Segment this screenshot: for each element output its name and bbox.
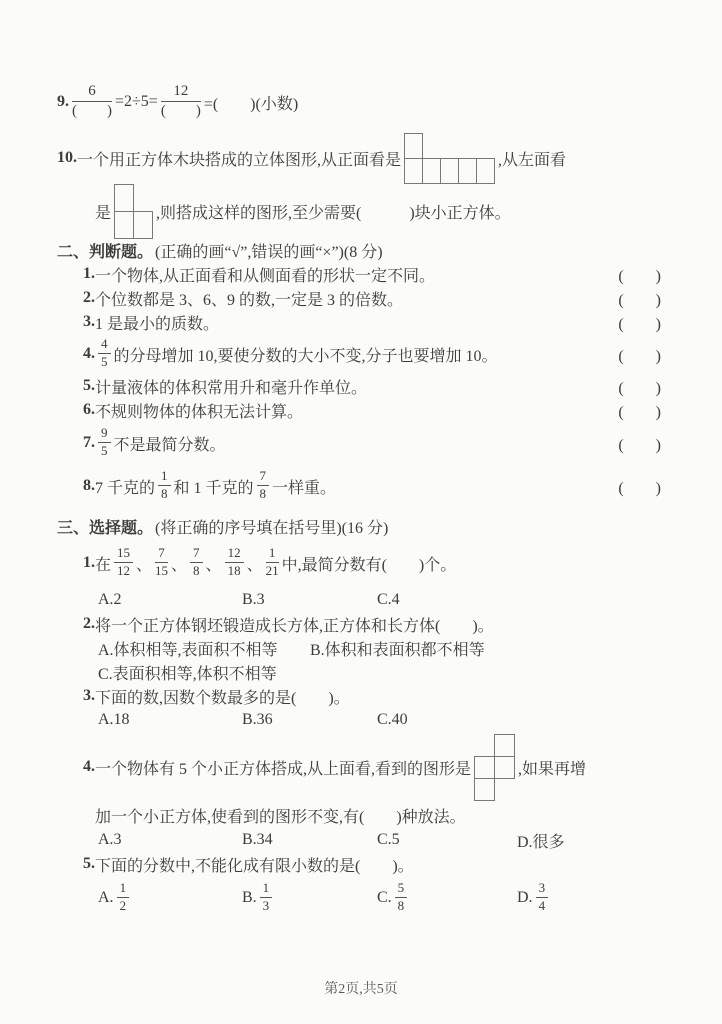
- question-number: 5.: [83, 855, 95, 873]
- fraction-numerator: 7: [155, 546, 168, 562]
- top-view-shape: [474, 734, 515, 801]
- fraction-numerator: 12: [161, 83, 201, 102]
- option-c: C.58: [377, 882, 517, 914]
- section-subtitle: (正确的画“√”,错误的画“×”)(8 分): [155, 239, 383, 262]
- question-number: 2.: [83, 615, 95, 633]
- question-number: 4.: [83, 345, 95, 363]
- choice-section-header: 三、选择题。 (将正确的序号填在括号里)(16 分): [57, 514, 682, 538]
- question-text: 一个物体有 5 个小正方体搭成,从上面看,看到的图形是: [95, 756, 471, 779]
- shape-cell: [114, 211, 134, 239]
- statement-text: 计量液体的体积常用升和毫升作单位。: [95, 375, 367, 398]
- option-label: B.: [242, 889, 257, 907]
- fraction: 95: [98, 426, 111, 458]
- shape-cell: [422, 158, 441, 184]
- choice-question-2-options-row-2: C.表面积相等,体积不相等: [98, 660, 682, 684]
- choice-question-4-options: A.3 B.34 C.5 D.很多: [98, 828, 682, 852]
- answer-bracket: ( ): [618, 263, 661, 286]
- statement-text: 和 1 千克的: [174, 475, 254, 498]
- question-number: 4.: [83, 758, 95, 776]
- option-a: A.3: [98, 831, 242, 849]
- answer-bracket: ( ): [618, 311, 661, 334]
- question-number: 10.: [57, 149, 77, 167]
- question-number: 1.: [83, 554, 95, 572]
- fill-in-question-9: 9. 6( ) =2÷5= 12( ) =( )(小数): [57, 80, 682, 124]
- question-text: ,从左面看: [498, 147, 566, 170]
- choice-question-5: 5. 下面的分数中,不能化成有限小数的是( )。: [83, 852, 682, 876]
- question-number: 6.: [83, 401, 95, 419]
- fraction-denominator-blank: ( ): [72, 102, 112, 120]
- statement-text: 的分母增加 10,要使分数的大小不变,分子也要增加 10。: [114, 343, 498, 366]
- option-b: B.13: [242, 882, 377, 914]
- option-c: C.5: [377, 831, 517, 849]
- option-label: A.: [98, 889, 114, 907]
- question-text: 是: [95, 200, 111, 223]
- separator: 、: [136, 552, 152, 575]
- judge-item-5: 5.计量液体的体积常用升和毫升作单位。 ( ): [83, 374, 661, 398]
- fraction: 78: [190, 546, 203, 578]
- choice-question-1-options: A.2 B.3 C.4: [98, 588, 682, 612]
- question-text: 下面的分数中,不能化成有限小数的是( )。: [95, 853, 414, 876]
- choice-question-4-line-1: 4. 一个物体有 5 个小正方体搭成,从上面看,看到的图形是 ,如果再增: [83, 732, 682, 802]
- judge-item-1: 1.一个物体,从正面看和从侧面看的形状一定不同。 ( ): [83, 262, 661, 286]
- option-label: C.: [377, 889, 392, 907]
- section-title: 三、选择题。: [57, 515, 153, 538]
- answer-bracket: ( ): [618, 343, 661, 366]
- shape-cell: [458, 158, 477, 184]
- question-number: 3.: [83, 313, 95, 331]
- answer-bracket: ( ): [618, 375, 661, 398]
- question-text: 一个用正方体木块搭成的立体图形,从正面看是: [77, 147, 401, 170]
- fraction-numerator: 12: [225, 546, 244, 562]
- option-c: C.4: [377, 591, 517, 609]
- section-title: 二、判断题。: [57, 239, 153, 262]
- equation-tail: =( )(小数): [204, 91, 298, 114]
- choice-question-4-line-2: 加一个小正方体,使看到的图形不变,有( )种放法。: [95, 802, 682, 828]
- option-a: A.12: [98, 882, 242, 914]
- fraction-numerator: 5: [395, 881, 408, 897]
- shape-cell: [476, 158, 495, 184]
- question-number: 1.: [83, 265, 95, 283]
- fraction-numerator: 15: [114, 546, 133, 562]
- statement-text: 个位数都是 3、6、9 的数,一定是 3 的倍数。: [95, 287, 403, 310]
- judge-item-2: 2.个位数都是 3、6、9 的数,一定是 3 的倍数。 ( ): [83, 286, 661, 310]
- fraction-numerator: 4: [98, 337, 111, 353]
- fill-in-question-10-line-2: 是 ,则搭成这样的图形,至少需要( )块小正方体。: [95, 184, 682, 238]
- separator: 、: [206, 552, 222, 575]
- choice-question-3: 3. 下面的数,因数个数最多的是( )。: [83, 684, 682, 708]
- fraction: 715: [155, 546, 168, 578]
- statement-text: 一个物体,从正面看和从侧面看的形状一定不同。: [95, 263, 435, 286]
- shape-cell: [114, 184, 134, 212]
- question-text: 下面的数,因数个数最多的是( )。: [95, 685, 350, 708]
- answer-bracket: ( ): [618, 432, 661, 455]
- statement-text: 7 千克的: [95, 475, 155, 498]
- fraction-denominator-blank: ( ): [161, 102, 201, 120]
- answer-bracket: ( ): [618, 475, 661, 498]
- option-b: B.36: [242, 711, 377, 729]
- option-a: A.2: [98, 591, 242, 609]
- fraction-denominator: 8: [395, 898, 408, 913]
- option-label: D.: [517, 889, 533, 907]
- option-c: C.40: [377, 711, 517, 729]
- fraction-denominator: 5: [98, 354, 111, 369]
- question-number: 8.: [83, 477, 95, 495]
- judge-section-header: 二、判断题。 (正确的画“√”,错误的画“×”)(8 分): [57, 238, 682, 262]
- choice-question-5-options: A.12 B.13 C.58 D.34: [98, 876, 682, 920]
- question-text: 将一个正方体钢坯锻造成长方体,正方体和长方体( )。: [95, 613, 494, 636]
- fraction: 121: [266, 546, 279, 578]
- left-view-shape: [114, 184, 153, 239]
- fraction: 78: [257, 469, 270, 501]
- separator: 、: [247, 552, 263, 575]
- fraction-numerator: 3: [536, 881, 549, 897]
- fraction: 12: [117, 881, 130, 913]
- fraction-numerator: 1: [266, 546, 279, 562]
- shape-cell: [494, 756, 515, 779]
- fraction-denominator: 3: [260, 898, 273, 913]
- question-number: 7.: [83, 434, 95, 452]
- question-number: 9.: [57, 93, 69, 111]
- question-text: 在: [95, 552, 111, 575]
- page-footer: 第2页,共5页: [0, 978, 722, 998]
- shape-cell: [440, 158, 459, 184]
- fraction-denominator: 8: [190, 563, 203, 578]
- statement-text: 一样重。: [272, 475, 336, 498]
- fraction-denominator: 21: [266, 563, 279, 578]
- shape-cell: [494, 734, 515, 757]
- shape-cell: [474, 778, 495, 801]
- fraction: 18: [158, 469, 171, 501]
- choice-question-3-options: A.18 B.36 C.40: [98, 708, 682, 732]
- judge-item-3: 3.1 是最小的质数。 ( ): [83, 310, 661, 334]
- separator: 、: [171, 552, 187, 575]
- fraction-numerator: 1: [117, 881, 130, 897]
- question-number: 3.: [83, 687, 95, 705]
- exam-page: 9. 6( ) =2÷5= 12( ) =( )(小数) 10. 一个用正方体木…: [0, 0, 722, 1024]
- option-b: B.3: [242, 591, 377, 609]
- fraction-numerator: 1: [158, 469, 171, 485]
- fraction-numerator: 9: [98, 426, 111, 442]
- option-d: D.很多: [517, 829, 565, 852]
- fraction-numerator: 7: [257, 469, 270, 485]
- option-b: B.34: [242, 831, 377, 849]
- question-text: ,如果再增: [518, 756, 586, 779]
- statement-text: 1 是最小的质数。: [95, 311, 219, 334]
- question-text: 中,最简分数有( )个。: [282, 552, 457, 575]
- fraction: 1512: [114, 546, 133, 578]
- fraction-denominator: 8: [257, 486, 270, 501]
- option-d: D.34: [517, 882, 551, 914]
- fraction-denominator: 15: [155, 563, 168, 578]
- judge-item-6: 6.不规则物体的体积无法计算。 ( ): [83, 398, 661, 422]
- question-number: 2.: [83, 289, 95, 307]
- question-text: 加一个小正方体,使看到的图形不变,有( )种放法。: [95, 804, 466, 827]
- answer-bracket: ( ): [618, 399, 661, 422]
- fraction-blank-denominator: 12( ): [161, 83, 201, 119]
- fraction-denominator: 12: [114, 563, 133, 578]
- answer-bracket: ( ): [618, 287, 661, 310]
- option-a: A.18: [98, 711, 242, 729]
- fraction: 13: [260, 881, 273, 913]
- fraction-denominator: 5: [98, 443, 111, 458]
- question-number: 5.: [83, 377, 95, 395]
- option-c: C.表面积相等,体积不相等: [98, 661, 277, 684]
- fraction: 34: [536, 881, 549, 913]
- judge-item-4: 4.45的分母增加 10,要使分数的大小不变,分子也要增加 10。 ( ): [83, 334, 661, 374]
- shape-cell: [404, 133, 423, 159]
- shape-cell: [474, 756, 495, 779]
- fraction-denominator: 8: [158, 486, 171, 501]
- shape-cell: [133, 211, 153, 239]
- choice-question-2-options-row-1: A.体积相等,表面积不相等 B.体积和表面积都不相等: [98, 636, 682, 660]
- choice-question-2: 2. 将一个正方体钢坯锻造成长方体,正方体和长方体( )。: [83, 612, 682, 636]
- judge-item-7: 7.95不是最简分数。 ( ): [83, 422, 661, 464]
- fraction-denominator: 18: [225, 563, 244, 578]
- fraction-numerator: 1: [260, 881, 273, 897]
- fraction-denominator: 4: [536, 898, 549, 913]
- choice-question-1: 1. 在 1512 、 715 、 78 、 1218 、 121 中,最简分数…: [83, 538, 682, 588]
- fraction: 45: [98, 337, 111, 369]
- option-b: B.体积和表面积都不相等: [310, 637, 485, 660]
- statement-text: 不规则物体的体积无法计算。: [95, 399, 303, 422]
- fraction: 1218: [225, 546, 244, 578]
- fraction-denominator: 2: [117, 898, 130, 913]
- fraction-numerator: 7: [190, 546, 203, 562]
- fill-in-question-10-line-1: 10. 一个用正方体木块搭成的立体图形,从正面看是 ,从左面看: [57, 132, 682, 184]
- equation-segment: =2÷5=: [115, 93, 158, 111]
- option-a: A.体积相等,表面积不相等: [98, 637, 310, 660]
- section-subtitle: (将正确的序号填在括号里)(16 分): [155, 515, 388, 538]
- statement-text: 不是最简分数。: [114, 432, 226, 455]
- fraction-blank-denominator: 6( ): [72, 83, 112, 119]
- question-text: ,则搭成这样的图形,至少需要( )块小正方体。: [156, 200, 511, 223]
- fraction: 58: [395, 881, 408, 913]
- judge-item-8: 8.7 千克的18和 1 千克的78一样重。 ( ): [83, 464, 661, 508]
- fraction-numerator: 6: [72, 83, 112, 102]
- shape-cell: [404, 158, 423, 184]
- front-view-shape: [404, 133, 495, 184]
